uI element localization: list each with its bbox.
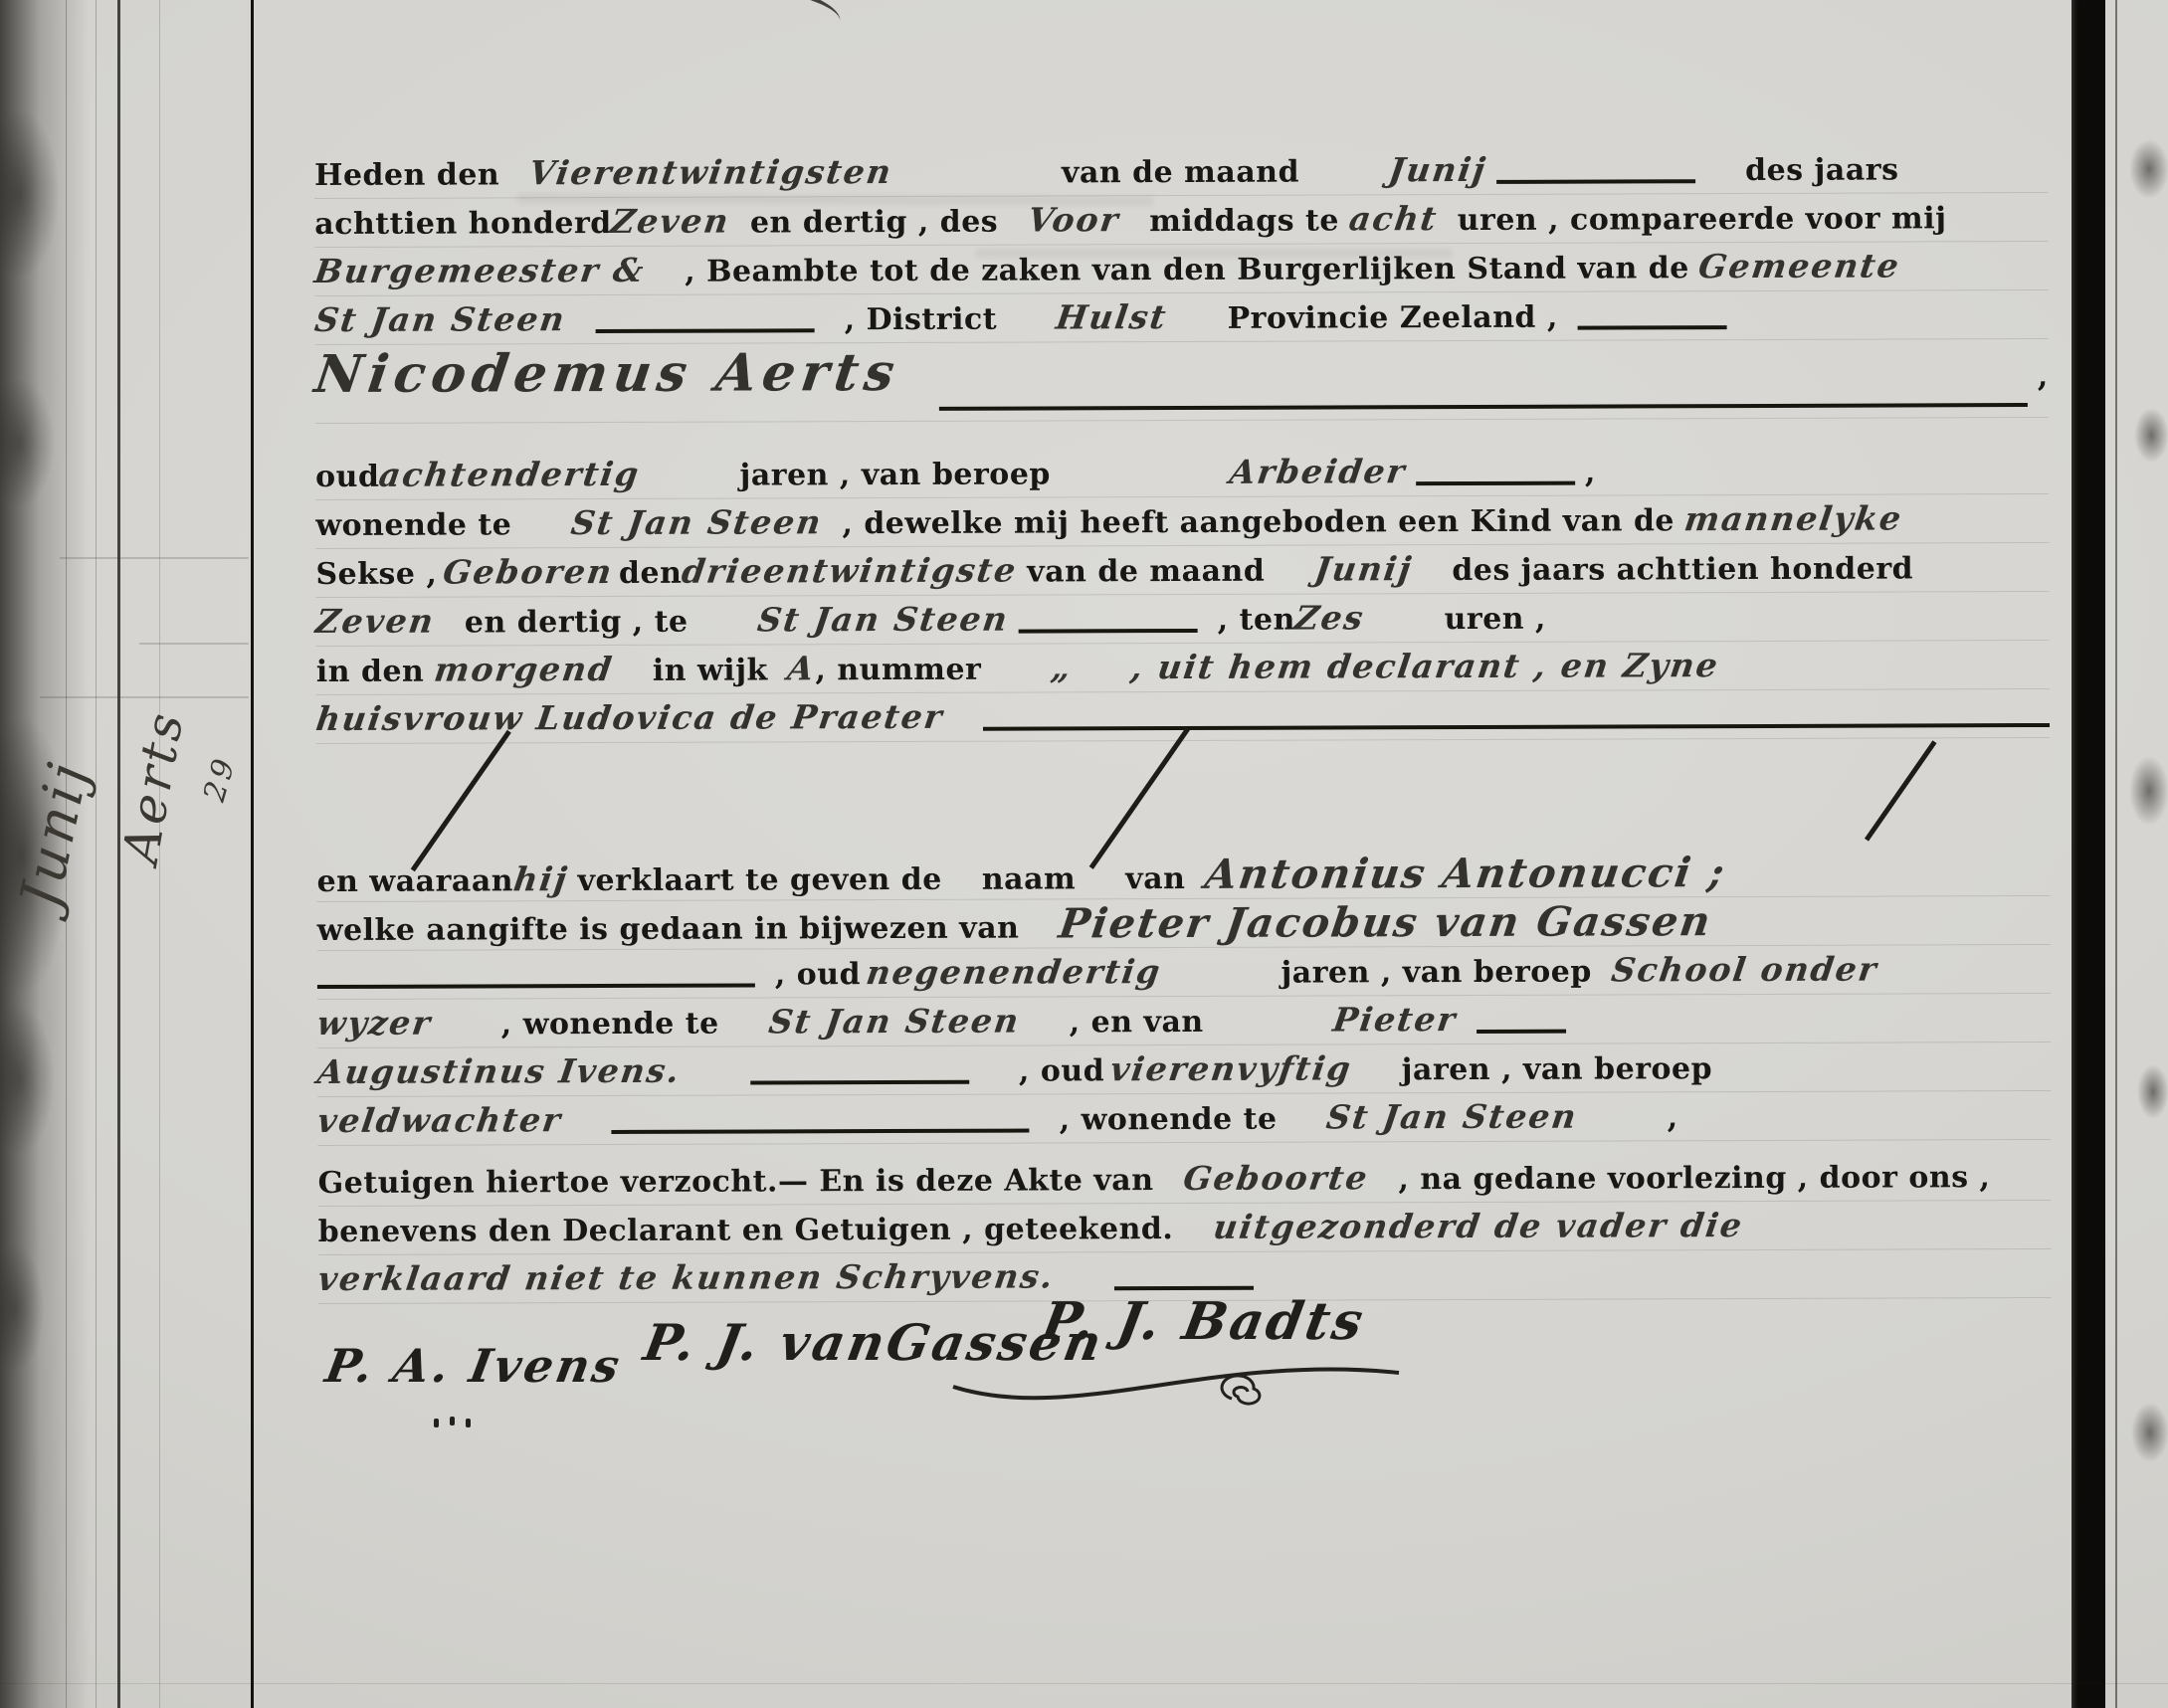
handwritten-entry: morgend bbox=[431, 648, 615, 692]
form-line: en waaraan hij verklaart te geven de naa… bbox=[316, 850, 2050, 902]
handwritten-entry: veldwachter bbox=[314, 1098, 564, 1143]
handwritten-entry: Gemeente bbox=[1696, 244, 1903, 288]
ink-rule bbox=[1114, 1286, 1254, 1290]
ink-rule bbox=[317, 984, 755, 990]
ink-dot bbox=[434, 1419, 439, 1427]
handwritten-entry: uitgezonderd de vader die bbox=[1210, 1204, 1745, 1249]
handwritten-entry: vierenvyftig bbox=[1107, 1046, 1355, 1091]
form-line: achttien honderd Zeven en dertig , des V… bbox=[314, 195, 2048, 248]
handwritten-entry: hij bbox=[510, 857, 570, 901]
handwritten-entry: St Jan Steen bbox=[766, 1000, 1023, 1044]
printed-text: , dewelke mij heeft aangeboden een Kind … bbox=[842, 499, 1675, 546]
printed-text: , District bbox=[845, 298, 998, 343]
ink-rule bbox=[1496, 179, 1695, 184]
printed-text: welke aangifte is gedaan in bijwezen van bbox=[317, 907, 1020, 953]
ink-rule bbox=[1416, 481, 1575, 486]
pen-slash-row bbox=[316, 738, 2050, 854]
handwritten-entry: Junij bbox=[1386, 148, 1489, 192]
handwritten-entry: Augustinus Ivens. bbox=[314, 1049, 684, 1094]
form-line: Burgemeester & , Beambte tot de zaken va… bbox=[314, 244, 2048, 296]
ink-dot bbox=[450, 1417, 455, 1425]
handwritten-entry: Zeven bbox=[609, 200, 733, 244]
page-edge-bar bbox=[2071, 0, 2105, 1708]
printed-text: , bbox=[2038, 355, 2049, 399]
margin-rule-line bbox=[251, 0, 254, 1708]
edge-smudge bbox=[2131, 1403, 2168, 1462]
handwritten-entry: Pieter Jacobus van Gassen bbox=[1056, 899, 1714, 945]
printed-text: Heden den bbox=[314, 153, 499, 198]
printed-text: , ten bbox=[1218, 599, 1295, 643]
handwritten-entry: , uit hem declarant , en Zyne bbox=[1128, 644, 1722, 689]
form-line: wonende te St Jan Steen , dewelke mij he… bbox=[315, 496, 2049, 549]
handwritten-entry: drieentwintigste bbox=[679, 549, 1020, 594]
printed-text: middags te bbox=[1149, 199, 1339, 244]
form-line: , oud negenendertig jaren , van beroep S… bbox=[317, 947, 2051, 1000]
ink-dot bbox=[466, 1419, 471, 1427]
handwritten-entry: St Jan Steen bbox=[755, 598, 1012, 643]
ink-rule bbox=[983, 723, 2050, 731]
printed-text: van de maand bbox=[1062, 151, 1299, 196]
printed-text: , bbox=[1585, 452, 1596, 495]
handwritten-entry: Pieter bbox=[1330, 998, 1460, 1042]
printed-text: , Beambte tot de zaken van den Burgerlij… bbox=[685, 247, 1689, 294]
pencil-guideline bbox=[139, 643, 249, 645]
pencil-guideline bbox=[60, 557, 249, 559]
printed-text: des jaars bbox=[1745, 148, 1898, 193]
signature-flourish bbox=[933, 1325, 1411, 1444]
form-line-declarant-name: Nicodemus Aerts , bbox=[315, 347, 2049, 424]
margin-note-act-number: 29 bbox=[197, 752, 243, 806]
printed-text: , nummer bbox=[815, 649, 981, 693]
signature-block: P. A. Ivens P. J. vanGassen P. J. Badts bbox=[316, 1291, 2050, 1470]
margin-note-surname: Aerts bbox=[111, 705, 195, 867]
form-line: Augustinus Ivens. , oud vierenvyftig jar… bbox=[317, 1044, 2051, 1097]
printed-text: , wonende te bbox=[501, 1003, 719, 1047]
handwritten-entry: St Jan Steen bbox=[1324, 1095, 1581, 1140]
form-line: oud achtendertig jaren , van beroep Arbe… bbox=[315, 448, 2049, 500]
pen-slash bbox=[411, 730, 511, 871]
ink-rule bbox=[939, 403, 2028, 411]
printed-text: wonende te bbox=[315, 503, 511, 548]
ink-rule bbox=[612, 1129, 1030, 1134]
handwritten-entry: Zeven bbox=[313, 600, 438, 644]
handwritten-entry: St Jan Steen bbox=[312, 297, 569, 342]
pen-slash bbox=[1089, 727, 1190, 868]
printed-text: den bbox=[619, 552, 683, 596]
printed-text: , oud bbox=[1019, 1049, 1104, 1093]
paper-fold-line bbox=[0, 1683, 2168, 1684]
pen-slash bbox=[1865, 740, 1937, 841]
page-edge-line bbox=[2115, 0, 2117, 1708]
handwritten-entry: acht bbox=[1346, 197, 1441, 241]
form-line: Sekse , Geboren den drieentwintigste van… bbox=[315, 545, 2049, 598]
printed-text: , na gedane voorlezing , door ons , bbox=[1398, 1156, 1990, 1202]
act-text-column: Heden den Vierentwintigsten van de maand… bbox=[314, 144, 2052, 1304]
form-line: benevens den Declarant en Getuigen , get… bbox=[318, 1203, 2052, 1255]
ink-rule bbox=[1019, 629, 1198, 634]
handwritten-entry: Hulst bbox=[1054, 295, 1171, 339]
handwritten-entry: Burgemeester & bbox=[311, 249, 648, 293]
edge-smudge bbox=[2129, 139, 2168, 199]
handwritten-entry: Arbeider bbox=[1227, 450, 1409, 494]
printed-text: des jaars achttien honderd bbox=[1452, 547, 1913, 593]
handwritten-entry: huisvrouw Ludovica de Praeter bbox=[313, 695, 946, 741]
edge-smudge bbox=[2137, 1064, 2168, 1119]
handwritten-entry: Vierentwintigsten bbox=[526, 150, 895, 195]
printed-text: jaren , van beroep bbox=[1281, 951, 1592, 996]
form-line: welke aangifte is gedaan in bijwezen van… bbox=[317, 898, 2051, 951]
printed-text: van bbox=[1125, 857, 1185, 901]
form-line: Heden den Vierentwintigsten van de maand… bbox=[314, 146, 2048, 199]
printed-text: , en van bbox=[1070, 1001, 1204, 1044]
ink-rule bbox=[1477, 1030, 1566, 1034]
printed-text: , oud bbox=[775, 953, 861, 997]
pen-flourish bbox=[698, 0, 844, 46]
edge-smudge bbox=[2134, 408, 2168, 463]
handwritten-entry: A bbox=[785, 647, 819, 690]
printed-text: Sekse , bbox=[315, 553, 437, 597]
handwritten-entry: Geboren bbox=[440, 550, 616, 595]
handwritten-entry: wyzer bbox=[314, 1002, 435, 1045]
edge-smudge bbox=[2129, 756, 2168, 826]
margin-rule-line bbox=[96, 0, 97, 1708]
handwritten-entry: Zes bbox=[1292, 596, 1368, 640]
printed-text: benevens den Declarant en Getuigen , get… bbox=[318, 1208, 1174, 1254]
form-line: wyzer , wonende te St Jan Steen , en van… bbox=[317, 996, 2051, 1048]
printed-text: achttien honderd bbox=[314, 202, 612, 247]
handwritten-entry: School onder bbox=[1609, 948, 1880, 993]
signature-witness-ivens: P. A. Ivens bbox=[321, 1339, 626, 1393]
printed-text: Provincie Zeeland , bbox=[1228, 296, 1558, 341]
handwritten-entry: Voor bbox=[1025, 198, 1122, 242]
printed-text: naam bbox=[982, 857, 1077, 901]
form-line: veldwachter , wonende te St Jan Steen , bbox=[317, 1093, 2051, 1146]
form-line: in den morgend in wijk A , nummer „ , ui… bbox=[316, 643, 2050, 695]
printed-text: jaren , van beroep bbox=[739, 453, 1051, 497]
pencil-guideline bbox=[40, 696, 249, 698]
form-line: St Jan Steen , District Hulst Provincie … bbox=[315, 292, 2049, 345]
handwritten-entry: achtendertig bbox=[376, 453, 643, 497]
printed-text: , bbox=[1668, 1096, 1678, 1140]
printed-text: en dertig , des bbox=[750, 201, 998, 246]
printed-text: in wijk bbox=[653, 649, 768, 692]
handwritten-entry: „ bbox=[1048, 646, 1075, 689]
handwritten-entry: Antonius Antonucci ; bbox=[1202, 851, 1728, 896]
handwritten-entry: negenendertig bbox=[864, 950, 1164, 995]
form-line: Zeven en dertig , te St Jan Steen , ten … bbox=[316, 594, 2050, 647]
printed-text: Getuigen hiertoe verzocht.— En is deze A… bbox=[318, 1159, 1154, 1206]
printed-text: van de maand bbox=[1027, 550, 1265, 595]
printed-text: jaren , van beroep bbox=[1402, 1047, 1713, 1092]
printed-text: uren , bbox=[1444, 598, 1546, 642]
printed-text: uren , compareerde voor mij bbox=[1458, 197, 1947, 243]
handwritten-entry: Junij bbox=[1311, 547, 1415, 591]
ink-rule bbox=[1578, 325, 1727, 330]
handwritten-entry: Nicodemus Aerts bbox=[312, 351, 902, 397]
handwritten-entry: St Jan Steen bbox=[568, 500, 825, 545]
printed-text: in den bbox=[316, 651, 425, 694]
handwritten-entry: Geboorte bbox=[1180, 1156, 1371, 1201]
printed-text: en dertig , te bbox=[465, 601, 689, 646]
handwritten-entry: mannelyke bbox=[1681, 496, 1905, 541]
ink-rule bbox=[596, 328, 815, 333]
printed-text: verklaart te geven de bbox=[577, 858, 941, 903]
form-line: Getuigen hiertoe verzocht.— En is deze A… bbox=[318, 1154, 2052, 1207]
printed-text: oud bbox=[315, 456, 379, 499]
printed-text: , wonende te bbox=[1060, 1098, 1278, 1143]
ink-rule bbox=[750, 1080, 969, 1085]
scanned-birth-record-page: Junij Aerts 29 Heden den Vierentwintigst… bbox=[0, 0, 2168, 1708]
